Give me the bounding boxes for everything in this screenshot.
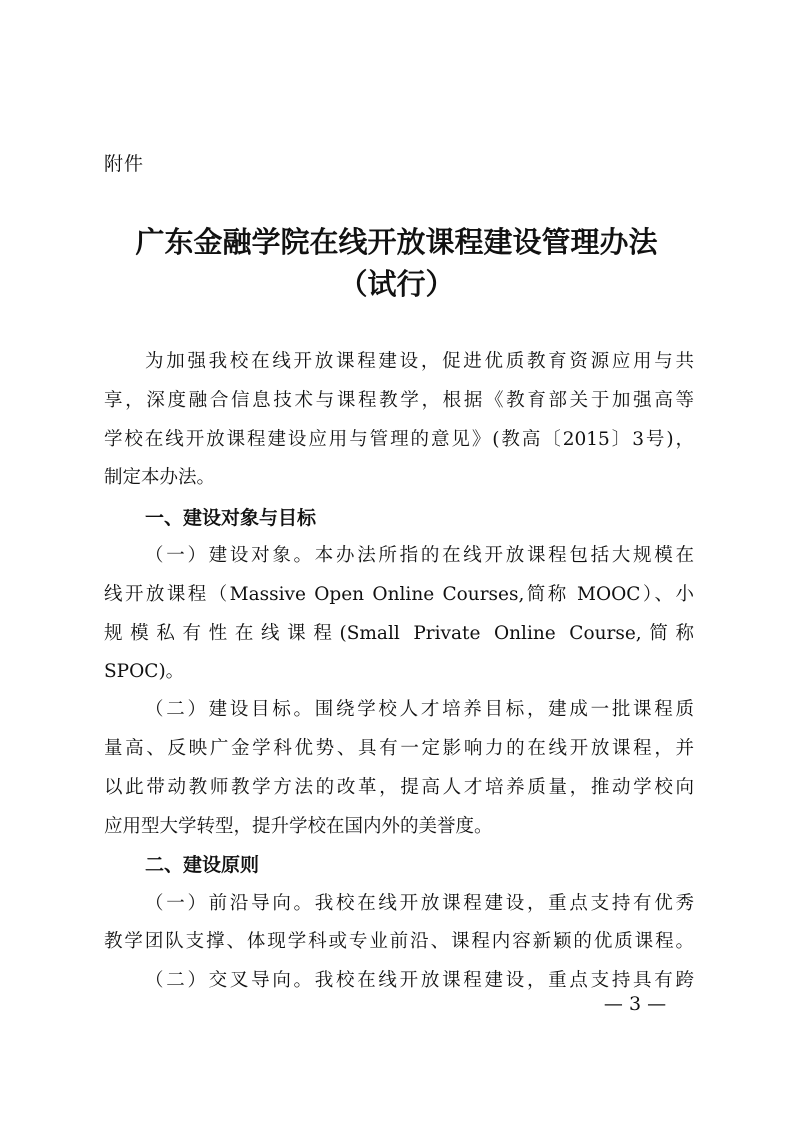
section1-item2-line-4: 应用型大学转型，提升学校在国内外的美誉度。 <box>104 812 694 838</box>
section1-item1-line-1: （一）建设对象。本办法所指的在线开放课程包括大规模在 <box>104 541 694 567</box>
intro-line-2: 享，深度融合信息技术与课程教学，根据《教育部关于加强高等 <box>104 386 694 412</box>
section1-item1-line-4: SPOC)。 <box>104 657 694 683</box>
section2-item2-line-1: （二）交叉导向。我校在线开放课程建设，重点支持具有跨 <box>104 966 694 992</box>
section1-item1-line-2: 线开放课程（Massive Open Online Courses,简称 MOO… <box>104 580 694 606</box>
document-subtitle: （试行） <box>0 262 793 303</box>
document-page: 附件 广东金融学院在线开放课程建设管理办法 （试行） 为加强我校在线开放课程建设… <box>0 0 793 1122</box>
section2-item1-line-1: （一）前沿导向。我校在线开放课程建设，重点支持有优秀 <box>104 889 694 915</box>
section2-heading: 二、建设原则 <box>104 850 694 877</box>
attachment-label: 附件 <box>104 149 144 176</box>
section1-item2-line-1: （二）建设目标。围绕学校人才培养目标，建成一批课程质 <box>104 695 694 721</box>
section1-heading: 一、建设对象与目标 <box>104 503 694 530</box>
page-number: — 3 — <box>600 993 670 1015</box>
document-title: 广东金融学院在线开放课程建设管理办法 <box>0 220 793 261</box>
intro-line-3: 学校在线开放课程建设应用与管理的意见》(教高〔2015〕3号)， <box>104 425 694 451</box>
section2-item1-line-2: 教学团队支撑、体现学科或专业前沿、课程内容新颖的优质课程。 <box>104 927 694 953</box>
section1-item1-line-3: 规模私有性在线课程(Small Private Online Course,简称 <box>104 619 694 645</box>
intro-line-4: 制定本办法。 <box>104 463 694 489</box>
intro-line-1: 为加强我校在线开放课程建设，促进优质教育资源应用与共 <box>104 347 694 373</box>
section1-item2-line-3: 以此带动教师教学方法的改革，提高人才培养质量，推动学校向 <box>104 773 694 799</box>
section1-item2-line-2: 量高、反映广金学科优势、具有一定影响力的在线开放课程，并 <box>104 734 694 760</box>
